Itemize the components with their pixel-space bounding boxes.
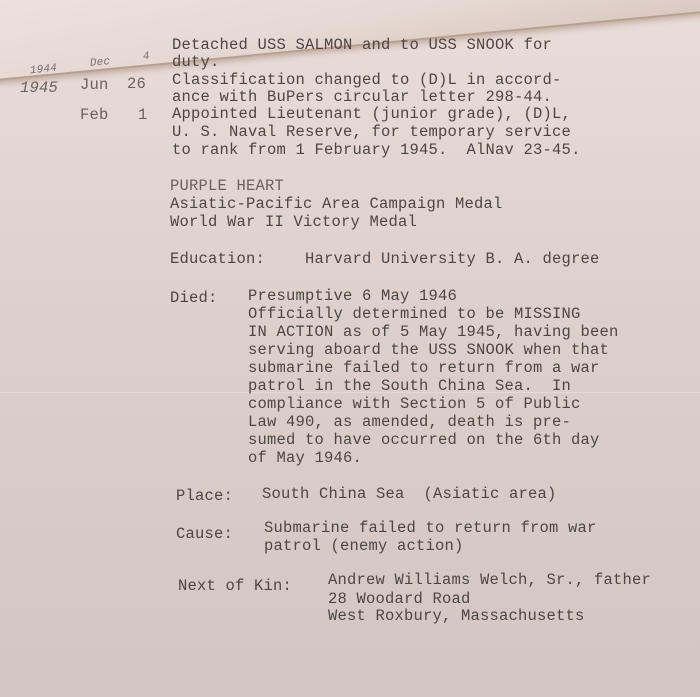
entry-text: duty. — [172, 54, 220, 71]
died-label: Died: — [170, 290, 218, 307]
died-line: compliance with Section 5 of Public — [248, 396, 581, 413]
cause-line: Submarine failed to return from war — [264, 520, 597, 537]
next-of-kin-line: Andrew Williams Welch, Sr., father — [328, 572, 651, 589]
entry-text: Appointed Lieutenant (junior grade), (D)… — [172, 106, 571, 123]
next-of-kin-line: West Roxbury, Massachusetts — [328, 608, 585, 625]
died-line: submarine failed to return from a war — [248, 360, 600, 377]
entry-text: U. S. Naval Reserve, for temporary servi… — [172, 124, 571, 141]
entry-day: 26 — [127, 76, 146, 93]
next-of-kin-label: Next of Kin: — [178, 578, 292, 595]
died-line: sumed to have occurred on the 6th day — [248, 432, 600, 449]
died-line: Presumptive 6 May 1946 — [248, 288, 457, 305]
cause-label: Cause: — [176, 526, 233, 543]
place-value: South China Sea (Asiatic area) — [262, 486, 557, 503]
died-line: serving aboard the USS SNOOK when that — [248, 342, 609, 359]
died-line: Officially determined to be MISSING — [248, 306, 581, 323]
entry-text: ance with BuPers circular letter 298-44. — [172, 89, 552, 106]
entry-text: to rank from 1 February 1945. AlNav 23-4… — [172, 142, 581, 159]
entry-year-1944: 1944 — [29, 61, 58, 81]
died-line: patrol in the South China Sea. In — [248, 378, 571, 395]
education-value: Harvard University B. A. degree — [305, 251, 600, 268]
entry-text: Classification changed to (D)L in accord… — [172, 72, 562, 89]
died-line: of May 1946. — [248, 450, 362, 467]
next-of-kin-line: 28 Woodard Road — [328, 591, 471, 608]
education-label: Education: — [170, 251, 265, 268]
died-line: Law 490, as amended, death is pre- — [248, 414, 571, 431]
entry-day: 1 — [138, 107, 148, 124]
cause-line: patrol (enemy action) — [264, 538, 464, 555]
died-line: IN ACTION as of 5 May 1945, having been — [248, 324, 619, 341]
entry-text: Detached USS SALMON and to USS SNOOK for — [172, 37, 552, 54]
award: World War II Victory Medal — [170, 214, 417, 231]
award: PURPLE HEART — [170, 178, 284, 195]
place-label: Place: — [176, 488, 233, 505]
entry-month: Dec — [89, 54, 111, 73]
entry-year-1945: 1945 — [20, 80, 58, 97]
entry-month: Feb — [80, 107, 109, 124]
entry-month: Jun — [80, 77, 109, 94]
award: Asiatic-Pacific Area Campaign Medal — [170, 196, 503, 213]
